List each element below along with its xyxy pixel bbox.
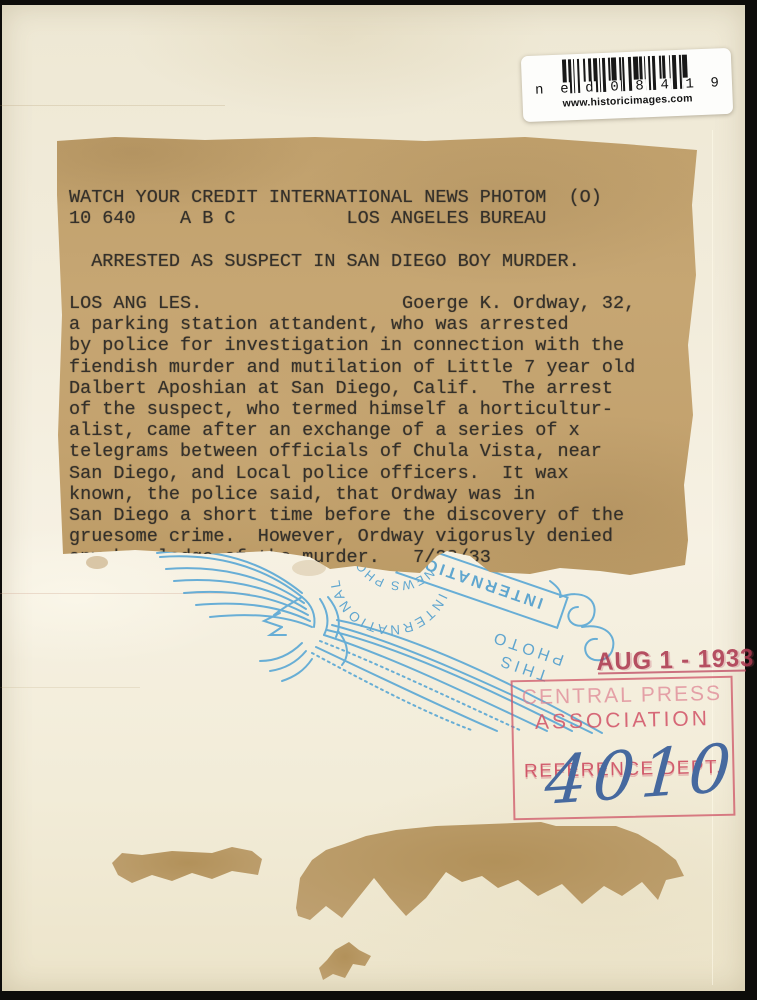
barcode-char: 1: [683, 77, 696, 91]
crease-line: [0, 687, 140, 688]
handwritten-reference-number: 4010: [543, 735, 739, 815]
barcode-char: e: [558, 82, 571, 96]
photo-verso-scan: INTERNATIONAL NEWS PHOTOS INTERNATIO THI…: [0, 0, 757, 1000]
barcode-char: 9: [708, 76, 721, 90]
glue-spot: [86, 556, 108, 569]
crease-line: [712, 130, 713, 985]
barcode-char: 8: [633, 79, 646, 93]
caption-slip: WATCH YOUR CREDIT INTERNATIONAL NEWS PHO…: [55, 135, 700, 580]
barcode-char: n: [533, 83, 546, 97]
caption-text: WATCH YOUR CREDIT INTERNATIONAL NEWS PHO…: [55, 135, 700, 569]
box-stamp-line1: CENTRAL PRESS: [513, 682, 731, 711]
crease-line: [0, 105, 225, 106]
barcode-label: ned08419 www.historicimages.com: [521, 48, 733, 122]
barcode-char: 0: [608, 80, 621, 94]
barcode-char: d: [583, 81, 596, 95]
barcode-char: 4: [658, 78, 671, 92]
